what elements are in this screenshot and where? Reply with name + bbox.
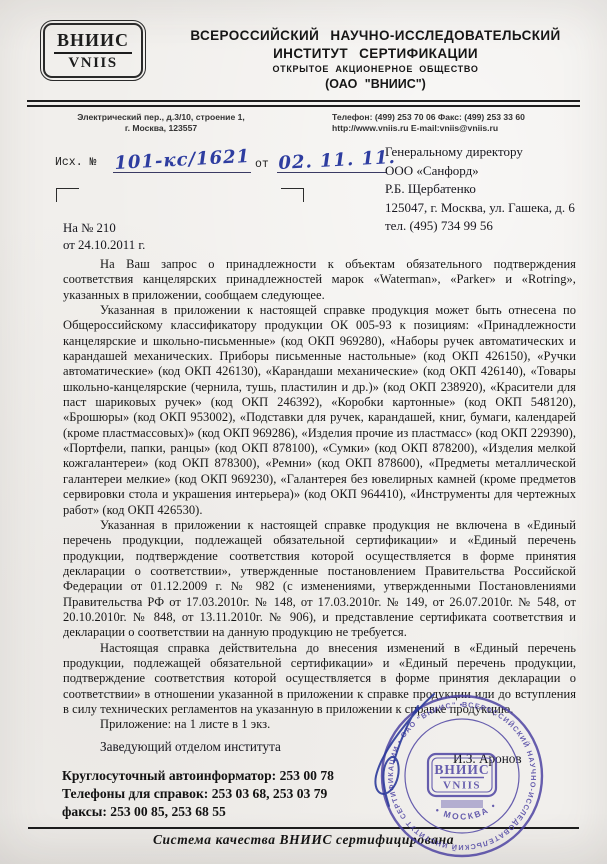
recipient-line: 125047, г. Москва, ул. Гашека, д. 6 <box>385 199 590 218</box>
org-phone-line: Телефон: (499) 253 70 06 Факс: (499) 253… <box>332 112 588 123</box>
outgoing-date-label: от <box>255 158 269 171</box>
recipient-line: Генеральному директору <box>385 143 590 162</box>
paragraph-not-included: Указанная в приложении к настоящей справ… <box>63 518 576 641</box>
recipient-line: Р.Б. Щербатенко <box>385 180 590 199</box>
org-title-line2: ИНСТИТУТ СЕРТИФИКАЦИИ <box>170 46 581 61</box>
incoming-number: На № 210 <box>63 220 145 237</box>
paragraph-intro: На Ваш запрос о принадлежности к объекта… <box>63 257 576 303</box>
org-title-line4: (ОАО "ВНИИС") <box>170 77 581 91</box>
signer-position-title: Заведующий отделом института <box>100 739 281 755</box>
pen-signature <box>348 688 478 813</box>
letter-body: На Ваш запрос о принадлежности к объекта… <box>63 257 576 733</box>
org-title-line1: ВСЕРОССИЙСКИЙ НАУЧНО-ИССЛЕДОВАТЕЛЬСКИЙ <box>170 28 581 43</box>
recipient-line: тел. (495) 734 99 56 <box>385 217 590 236</box>
scanned-letter-page: ВНИИС VNIIS ВСЕРОССИЙСКИЙ НАУЧНО-ИССЛЕДО… <box>0 0 607 864</box>
recipient-block: Генеральному директору ООО «Санфорд» Р.Б… <box>385 143 590 236</box>
handwritten-outgoing-date: 02. 11. 11. <box>278 147 396 174</box>
organization-title: ВСЕРОССИЙСКИЙ НАУЧНО-ИССЛЕДОВАТЕЛЬСКИЙ И… <box>170 20 581 91</box>
header-divider <box>27 100 580 107</box>
footer-infoline: факсы: 253 00 85, 253 68 55 <box>62 803 334 821</box>
handwritten-outgoing-number: 101-кс/1621 <box>114 146 251 174</box>
org-contacts: Телефон: (499) 253 70 06 Факс: (499) 253… <box>332 112 588 134</box>
footer-infoline: Телефоны для справок: 253 03 68, 253 03 … <box>62 785 334 803</box>
outgoing-reference: Исх. № 101-кс/1621 от 02. 11. 11. <box>55 148 375 182</box>
vniis-logo: ВНИИС VNIIS <box>40 20 146 81</box>
vniis-logo-box: ВНИИС VNIIS <box>43 23 143 78</box>
outgoing-date-field: 02. 11. 11. <box>277 148 387 173</box>
org-address-line2: г. Москва, 123557 <box>38 123 284 134</box>
address-zone-corner-right <box>281 188 304 202</box>
outgoing-number-field: 101-кс/1621 <box>113 148 251 173</box>
footer-infoline: Круглосуточный автоинформатор: 253 00 78 <box>62 767 334 785</box>
logo-text-ru: ВНИИС <box>54 30 132 54</box>
logo-text-en: VNIIS <box>45 55 141 72</box>
address-zone-corner-left <box>56 188 79 202</box>
org-address-line1: Электрический пер., д.3/10, строение 1, <box>38 112 284 123</box>
org-web-line: http://www.vniis.ru E-mail:vniis@vniis.r… <box>332 123 588 134</box>
org-title-line3: ОТКРЫТОЕ АКЦИОНЕРНОЕ ОБЩЕСТВО <box>170 64 581 74</box>
footer-phone-block: Круглосуточный автоинформатор: 253 00 78… <box>62 767 334 821</box>
recipient-line: ООО «Санфорд» <box>385 162 590 181</box>
incoming-date: от 24.10.2011 г. <box>63 237 145 254</box>
org-address: Электрический пер., д.3/10, строение 1, … <box>38 112 284 134</box>
letterhead: ВНИИС VNIIS ВСЕРОССИЙСКИЙ НАУЧНО-ИССЛЕДО… <box>40 20 581 91</box>
outgoing-number-label: Исх. № <box>55 156 96 169</box>
incoming-reference: На № 210 от 24.10.2011 г. <box>63 220 145 254</box>
paragraph-okp-codes: Указанная в приложении к настоящей справ… <box>63 303 576 518</box>
